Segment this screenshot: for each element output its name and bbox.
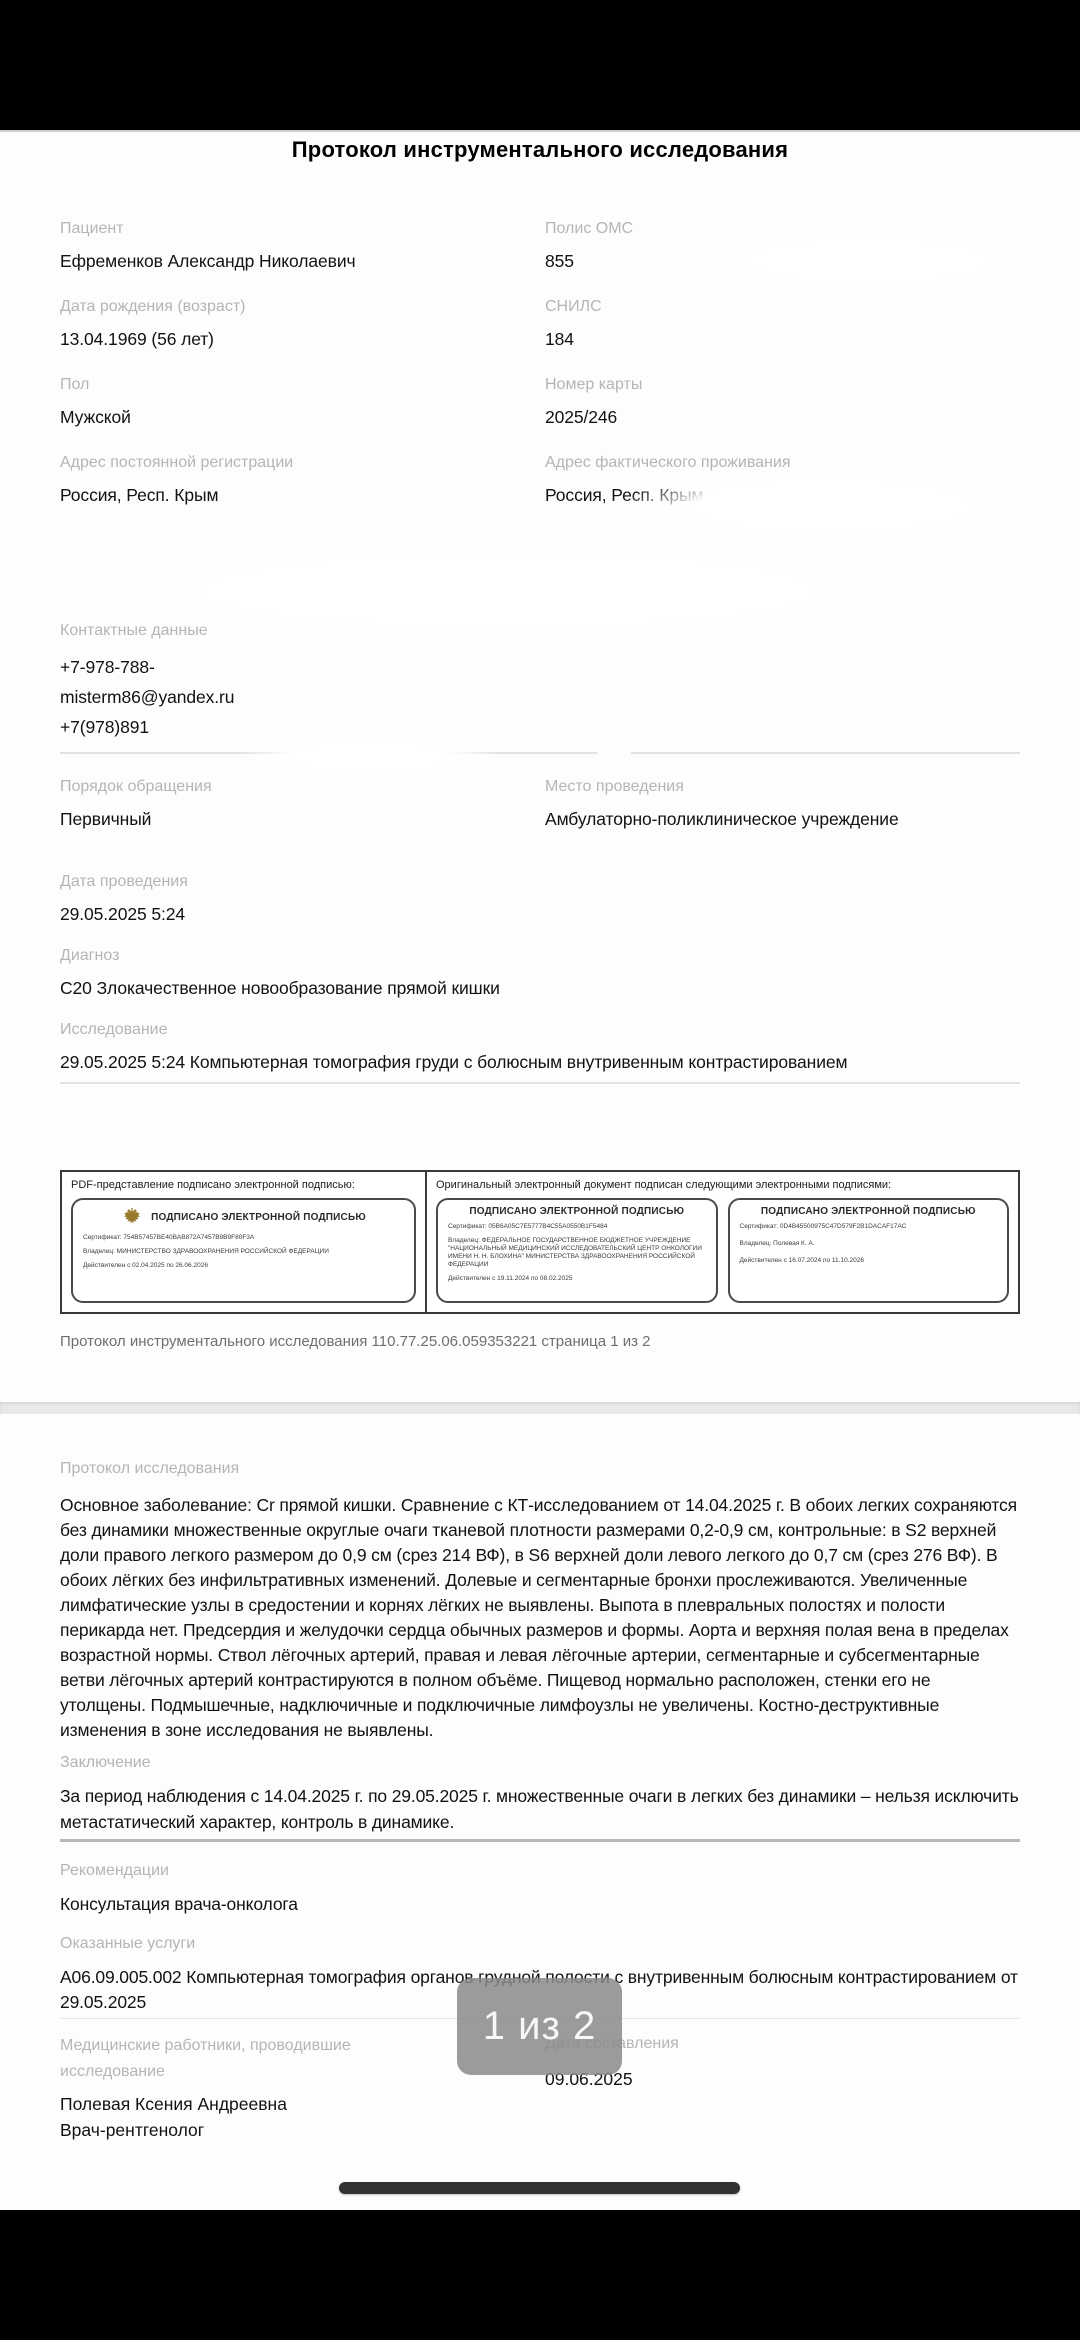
field-study: Исследование 29.05.2025 5:24 Компьютерна… [60,1019,1020,1074]
document-footer-line: Протокол инструментального исследования … [60,1332,1020,1352]
field-value: Мужской [60,406,545,429]
stamp-title: ПОДПИСАНО ЭЛЕКТРОННОЙ ПОДПИСЬЮ [469,1206,684,1217]
field-patient: Пациент Ефременков Александр Николаевич [60,218,545,273]
recommendations-section-label: Рекомендации [60,1860,1020,1882]
field-snils: СНИЛС 184 [545,296,1020,351]
stamp-certificate: Сертификат: 05B6A05C7E5777B4C55A0550B1F5… [448,1223,706,1231]
stamp-owner: Владелец: ФЕДЕРАЛЬНОЕ ГОСУДАРСТВЕННОЕ БЮ… [448,1237,706,1269]
field-value: 855 [545,250,1020,273]
stamp-validity: Действителен с 16.07.2024 по 11.10.2026 [740,1257,998,1265]
field-label: Номер карты [545,374,1020,396]
coat-of-arms-icon [121,1206,143,1228]
document-viewer[interactable]: Протокол инструментального исследования … [0,130,1080,2143]
field-contacts: Контактные данные +7-978-788- misterm86@… [60,620,1020,742]
stamp-owner: Владелец: Полевая К. А. [740,1240,998,1248]
stamp-certificate: Сертификат: 754B57457BE40BAB872A7457B9B9… [83,1234,404,1242]
protocol-section-label: Протокол исследования [60,1458,1020,1480]
page-title: Протокол инструментального исследования [0,130,1080,164]
signature-stamp-doctor: ПОДПИСАНО ЭЛЕКТРОННОЙ ПОДПИСЬЮ Сертифика… [728,1198,1010,1303]
stamp-title: ПОДПИСАНО ЭЛЕКТРОННОЙ ПОДПИСЬЮ [151,1212,366,1223]
contact-phone-2: +7(978)891 [60,712,1020,742]
staff-name: Полевая Ксения Андреевна [60,2091,545,2117]
contact-phone-1: +7-978-788- [60,652,1020,682]
field-place: Место проведения Амбулаторно-поликлиниче… [545,776,1020,831]
field-value: Россия, Респ. Крым [60,484,545,507]
field-label: Пол [60,374,545,396]
visit-info-grid: Порядок обращения Первичный Место провед… [60,776,1020,854]
stamp-validity: Действителен с 19.11.2024 по 08.02.2025 [448,1275,706,1283]
field-label: Контактные данные [60,620,1020,642]
field-value: 29.05.2025 5:24 [60,903,1020,926]
field-value: 184 [545,328,1020,351]
field-address-actual: Адрес фактического проживания Россия, Ре… [545,452,1020,507]
field-value: C20 Злокачественное новообразование прям… [60,977,1020,1000]
page-separator [0,1402,1080,1414]
services-section-label: Оказанные услуги [60,1933,1020,1955]
home-indicator[interactable] [339,2182,740,2194]
divider [60,1082,1020,1084]
stamp-owner: Владелец: МИНИСТЕРСТВО ЗДРАВООХРАНЕНИЯ Р… [83,1248,404,1256]
status-bar-bottom [0,2210,1080,2340]
field-value: Россия, Респ. Крым. [545,484,1020,507]
staff-section-label: Медицинские работники, проводившие иссле… [60,2033,390,2085]
stamp-validity: Действителен с 02.04.2025 по 26.06.2026 [83,1262,404,1270]
page-indicator-badge: 1 из 2 [457,1978,622,2075]
patient-info-grid: Пациент Ефременков Александр Николаевич … [60,218,1020,530]
field-label: Пациент [60,218,545,240]
status-bar-top [0,0,1080,132]
conclusion-text: За период наблюдения с 14.04.2025 г. по … [60,1783,1020,1835]
conclusion-section-label: Заключение [60,1752,1020,1774]
field-birth: Дата рождения (возраст) 13.04.1969 (56 л… [60,296,545,351]
field-value: Первичный [60,808,545,831]
field-label: Исследование [60,1019,1020,1041]
field-label: Дата рождения (возраст) [60,296,545,318]
field-card: Номер карты 2025/246 [545,374,1020,429]
stamp-certificate: Сертификат: 0D4B45500975C47D579F2B1DACAF… [740,1223,998,1231]
signatures-table: PDF-представление подписано электронной … [60,1170,1020,1314]
protocol-text: Основное заболевание: Cr прямой кишки. С… [60,1493,1020,1743]
field-address-registration: Адрес постоянной регистрации Россия, Рес… [60,452,545,507]
field-value: 13.04.1969 (56 лет) [60,328,545,351]
recommendations-text: Консультация врача-онколога [60,1892,1020,1917]
divider [60,1839,1020,1842]
field-value: Амбулаторно-поликлиническое учреждение [545,808,1020,831]
field-sex: Пол Мужской [60,374,545,429]
field-label: Полис ОМС [545,218,1020,240]
field-label: Адрес фактического проживания [545,452,1020,474]
field-value: 2025/246 [545,406,1020,429]
signature-stamp-ministry: ПОДПИСАНО ЭЛЕКТРОННОЙ ПОДПИСЬЮ Сертифика… [71,1198,416,1303]
field-label: Адрес постоянной регистрации [60,452,545,474]
pdf-signature-header: PDF-представление подписано электронной … [71,1179,416,1192]
field-label: Дата проведения [60,871,1020,893]
contact-email: misterm86@yandex.ru [60,682,1020,712]
original-signatures-cell: Оригинальный электронный документ подпис… [427,1172,1018,1312]
field-label: Место проведения [545,776,1020,798]
field-value: Ефременков Александр Николаевич [60,250,545,273]
stamp-title: ПОДПИСАНО ЭЛЕКТРОННОЙ ПОДПИСЬЮ [761,1206,976,1217]
field-label: Диагноз [60,945,1020,967]
divider [60,752,1020,754]
pdf-page-1: Пациент Ефременков Александр Николаевич … [0,218,1080,1352]
field-diagnosis: Диагноз C20 Злокачественное новообразова… [60,945,1020,1000]
original-signatures-header: Оригинальный электронный документ подпис… [436,1179,1009,1192]
signature-stamp-center: ПОДПИСАНО ЭЛЕКТРОННОЙ ПОДПИСЬЮ Сертифика… [436,1198,718,1303]
phone-screen: Протокол инструментального исследования … [0,0,1080,2340]
field-value: 29.05.2025 5:24 Компьютерная томография … [60,1051,1020,1074]
pdf-signature-cell: PDF-представление подписано электронной … [62,1172,427,1312]
field-polis: Полис ОМС 855 [545,218,1020,273]
field-date: Дата проведения 29.05.2025 5:24 [60,871,1020,926]
field-order: Порядок обращения Первичный [60,776,545,831]
staff-role: Врач-рентгенолог [60,2117,545,2143]
field-label: СНИЛС [545,296,1020,318]
field-label: Порядок обращения [60,776,545,798]
